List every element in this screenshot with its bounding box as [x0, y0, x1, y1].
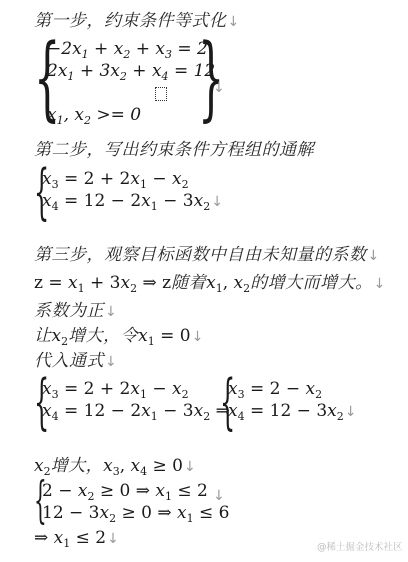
equation-2: x4 = 12 − 2x1 − 3x2 ⇒: [42, 400, 230, 422]
paragraph-mark-icon: ↓: [105, 354, 117, 370]
paragraph-mark-icon: ↓: [213, 488, 225, 504]
step3-heading-text: 第三步，观察目标函数中自由未知量的系数: [34, 245, 367, 265]
let-text: 让: [34, 326, 52, 346]
paragraph-mark-icon: ↓: [184, 459, 196, 475]
step2-equations: x3 = 2 + 2x1 − x2 x4 = 12 − 2x1 − 3x2↓: [42, 168, 223, 212]
objective-text: 随着: [171, 273, 206, 293]
system-right: x3 = 2 − x2 x4 = 12 − 3x2↓: [228, 378, 356, 422]
dotted-placeholder-icon: [155, 87, 167, 101]
paragraph-mark-icon: ↓: [228, 14, 240, 30]
paragraph-mark-icon: ↓: [211, 194, 223, 210]
equation-1: x3 = 2 + 2x1 − x2: [42, 378, 230, 400]
equation-1: x3 = 2 − x2: [228, 378, 356, 400]
paragraph-mark-icon: ↓: [213, 80, 225, 96]
step2-heading-text: 第二步，写出约束条件方程组的通解: [34, 140, 314, 160]
positive-note-text: 系数为正: [34, 301, 104, 321]
step1-equations: −2x1 + x2 + x3 = 2 2x1 + 3x2 + x4 = 12 x…: [47, 38, 215, 126]
paragraph-mark-icon: ↓: [107, 531, 119, 547]
let-line: 让x2增大，令x1 = 0↓: [34, 321, 203, 346]
paragraph-mark-icon: ↓: [192, 329, 204, 345]
paragraph-mark-icon: ↓: [105, 304, 117, 320]
let-text-2: 增大，令: [68, 326, 138, 346]
increase-text: 增大，: [51, 456, 104, 476]
right-brace: }: [198, 32, 224, 124]
step2-heading: 第二步，写出约束条件方程组的通解: [34, 135, 314, 160]
equation-1: x3 = 2 + 2x1 − x2: [42, 168, 223, 190]
equation-2: 2x1 + 3x2 + x4 = 12: [47, 60, 215, 82]
system-left: x3 = 2 + 2x1 − x2 x4 = 12 − 2x1 − 3x2 ⇒: [42, 378, 230, 422]
paragraph-mark-icon: ↓: [345, 404, 357, 420]
increase-line: x2增大，x3, x4 ≥ 0↓: [34, 451, 196, 476]
conclusion: ⇒ x1 ≤ 2↓: [34, 528, 119, 548]
objective-text-2: 的增大而增大。: [250, 273, 373, 293]
inequality-1: 2 − x2 ≥ 0 ⇒ x1 ≤ 2: [42, 480, 229, 502]
inequality-2: 12 − 3x2 ≥ 0 ⇒ x1 ≤ 6: [42, 502, 229, 524]
watermark: @稀土掘金技术社区: [317, 539, 403, 553]
equation-2: x4 = 12 − 2x1 − 3x2↓: [42, 190, 223, 212]
paragraph-mark-icon: ↓: [368, 248, 380, 264]
equation-1: −2x1 + x2 + x3 = 2: [47, 38, 215, 60]
inequalities: 2 − x2 ≥ 0 ⇒ x1 ≤ 2 12 − 3x2 ≥ 0 ⇒ x1 ≤ …: [42, 480, 229, 524]
paragraph-mark-icon: ↓: [374, 276, 386, 292]
equation-nonneg: x1, x2 >= 0: [47, 104, 215, 126]
equation-2: x4 = 12 − 3x2↓: [228, 400, 356, 422]
objective-line: z = x1 + 3x2 ⇒ z随着x1, x2的增大而增大。↓: [34, 268, 385, 293]
step3-heading: 第三步，观察目标函数中自由未知量的系数↓: [34, 240, 380, 265]
placeholder-box: [47, 82, 215, 104]
positive-note: 系数为正↓: [34, 296, 117, 321]
